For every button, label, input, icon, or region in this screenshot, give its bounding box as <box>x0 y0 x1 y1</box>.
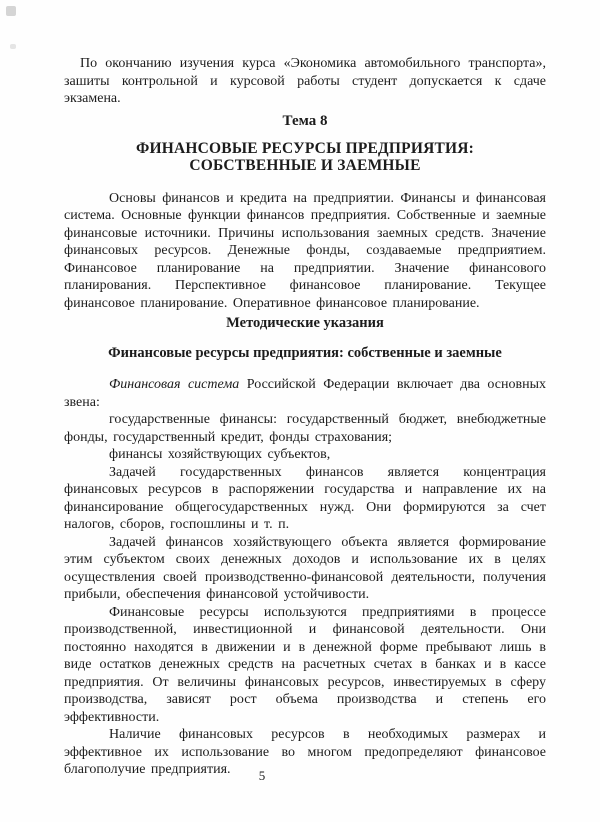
chapter-title: ФИНАНСОВЫЕ РЕСУРСЫ ПРЕДПРИЯТИЯ: СОБСТВЕН… <box>64 140 546 174</box>
text-block: По окончанию изучения курса «Экономика а… <box>64 55 546 779</box>
chapter-title-line2: СОБСТВЕННЫЕ И ЗАЕМНЫЕ <box>189 157 420 174</box>
page-number: 5 <box>0 768 524 783</box>
body-paragraph: Финансовые ресурсы используются предприя… <box>64 604 546 727</box>
intro-paragraph: По окончанию изучения курса «Экономика а… <box>64 55 546 108</box>
list-item-state-finance: государственные финансы: государственный… <box>64 411 546 446</box>
theme-label: Тема 8 <box>64 112 546 130</box>
body-paragraph: Задачей финансов хозяйствующего объекта … <box>64 534 546 604</box>
subsection-heading: Финансовые ресурсы предприятия: собствен… <box>64 344 546 362</box>
list-item-business-finance: финансы хозяйствующих субъектов, <box>64 446 546 464</box>
abstract-paragraph: Основы финансов и кредита на предприятии… <box>64 190 546 313</box>
scanned-document-page: По окончанию изучения курса «Экономика а… <box>0 0 600 822</box>
scan-artifact-speck <box>10 44 16 49</box>
body-paragraph: Задачей государственных финансов являетс… <box>64 464 546 534</box>
scan-artifact-speck <box>6 6 16 16</box>
financial-system-term: Финансовая система <box>109 377 239 392</box>
methodology-heading: Методические указания <box>64 314 546 332</box>
financial-system-paragraph: Финансовая система Российской Федерации … <box>64 376 546 411</box>
chapter-title-line1: ФИНАНСОВЫЕ РЕСУРСЫ ПРЕДПРИЯТИЯ: <box>136 140 474 157</box>
